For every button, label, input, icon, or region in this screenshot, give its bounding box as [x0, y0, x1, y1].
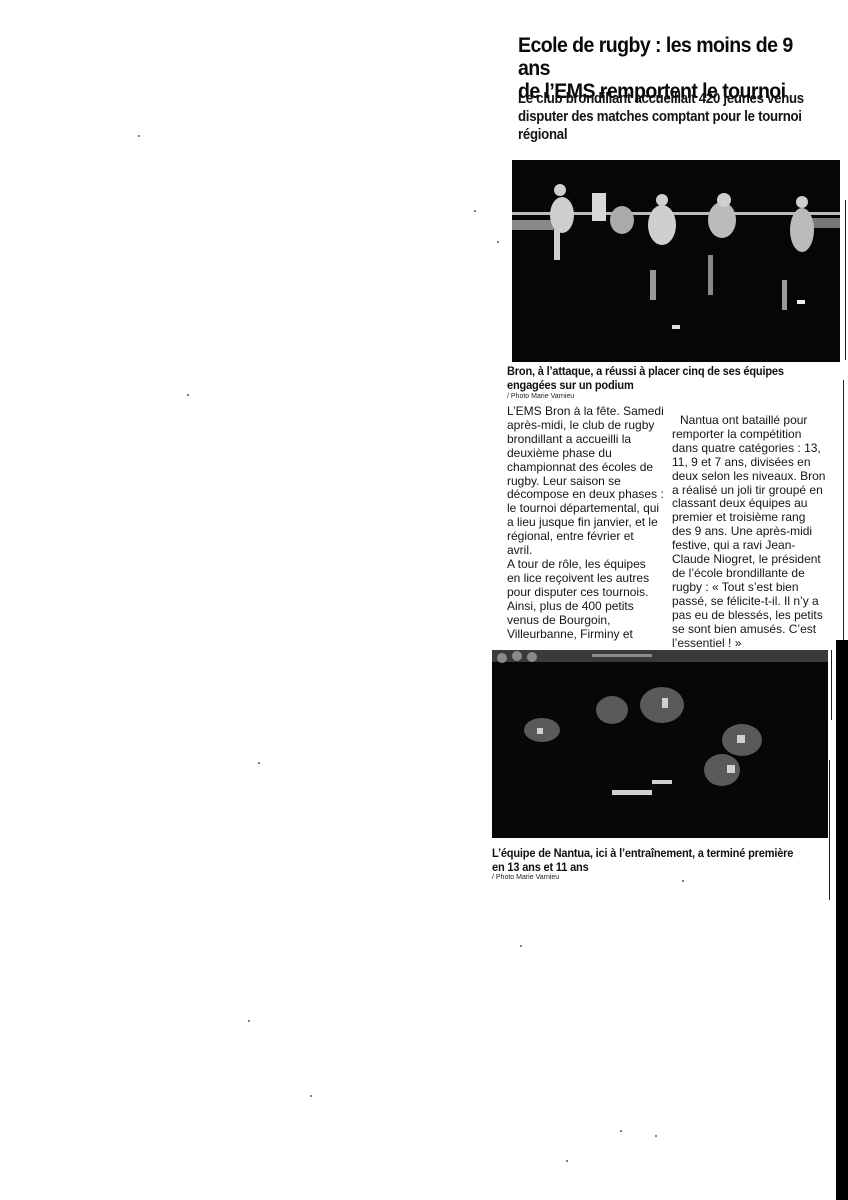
photo-nantua-training — [492, 650, 828, 838]
photo-2-caption-line-2: en 13 ans et 11 ans — [492, 860, 823, 874]
scan-edge-line — [829, 760, 830, 900]
body-line: dans quatre catégories : 13, — [672, 442, 838, 456]
scan-speck — [187, 394, 189, 396]
scan-edge-line — [843, 380, 844, 640]
photo-2-caption: L’équipe de Nantua, ici à l’entraînement… — [492, 846, 823, 874]
body-line: Villeurbanne, Firminy et — [507, 628, 669, 642]
body-line: passé, se félicite-t-il. Il n’y a — [672, 595, 838, 609]
body-line: festive, qui a ravi Jean- — [672, 539, 838, 553]
photo-bron-attack — [512, 160, 840, 362]
scan-edge-bar — [836, 640, 848, 1200]
subhead-line-3: régional — [518, 126, 808, 144]
body-line: Claude Niogret, le président — [672, 553, 838, 567]
body-line: en lice reçoivent les autres — [507, 572, 669, 586]
body-line: le tournoi départemental, qui — [507, 502, 669, 516]
body-line: décompose en deux phases : — [507, 488, 669, 502]
photo-1-caption-line-2: engagées sur un podium — [507, 378, 824, 392]
body-line: a réalisé un joli tir groupé en — [672, 484, 838, 498]
body-line: 11, 9 et 7 ans, divisées en — [672, 456, 838, 470]
photo-1-caption: Bron, à l’attaque, a réussi à placer cin… — [507, 364, 824, 392]
scan-speck — [258, 762, 260, 764]
body-line: avril. — [507, 544, 669, 558]
scanned-newspaper-page: Ecole de rugby : les moins de 9 ans de l… — [0, 0, 848, 1200]
body-line: L’EMS Bron à la fête. Samedi — [507, 405, 669, 419]
body-line: rugby. Leur saison se — [507, 475, 669, 489]
body-line: des 9 ans. Une après-midi — [672, 525, 838, 539]
body-line: pour disputer ces tournois. — [507, 586, 669, 600]
photo-2-caption-line-1: L’équipe de Nantua, ici à l’entraînement… — [492, 846, 823, 860]
scan-edge-line — [845, 200, 846, 360]
photo-2-credit: / Photo Marie Varnieu — [492, 873, 559, 882]
body-line: pas eu de blessés, les petits — [672, 609, 838, 623]
body-line: l’essentiel ! » — [672, 637, 838, 651]
article-body-column-1: L’EMS Bron à la fête. Samedi après-midi,… — [507, 405, 669, 641]
scan-edge-line — [831, 650, 832, 720]
subhead-line-2: disputer des matches comptant pour le to… — [518, 108, 808, 126]
body-line: deux selon les niveaux. Bron — [672, 470, 838, 484]
body-line: régional, entre février et — [507, 530, 669, 544]
body-line: premier et troisième rang — [672, 511, 838, 525]
body-line: Nantua ont bataillé pour — [672, 414, 838, 428]
body-line: rugby : « Tout s’est bien — [672, 581, 838, 595]
body-line: classant deux équipes au — [672, 497, 838, 511]
body-line: remporter la compétition — [672, 428, 838, 442]
body-line: brondillant a accueilli la — [507, 433, 669, 447]
body-line: Ainsi, plus de 400 petits — [507, 600, 669, 614]
scan-speck — [682, 880, 684, 882]
body-line: se sont bien amusés. C’est — [672, 623, 838, 637]
body-line: deuxième phase du — [507, 447, 669, 461]
scan-speck — [138, 135, 140, 137]
rugby-players-image — [512, 160, 840, 362]
body-line: après-midi, le club de rugby — [507, 419, 669, 433]
body-line: venus de Bourgoin, — [507, 614, 669, 628]
scan-speck — [566, 1160, 568, 1162]
photo-1-credit: / Photo Marie Varnieu — [507, 392, 574, 401]
article-body-column-2: Nantua ont bataillé pour remporter la co… — [672, 414, 838, 650]
scan-speck — [520, 945, 522, 947]
headline-line-1: Ecole de rugby : les moins de 9 ans — [518, 34, 816, 80]
subhead-line-1: Le club brondillant accueillait 420 jeun… — [518, 90, 808, 108]
scan-speck — [248, 1020, 250, 1022]
scan-speck — [620, 1130, 622, 1132]
article-subhead: Le club brondillant accueillait 420 jeun… — [518, 90, 808, 144]
scan-speck — [474, 210, 476, 212]
scan-speck — [655, 1135, 657, 1137]
scan-speck — [310, 1095, 312, 1097]
body-line: a lieu jusque fin janvier, et le — [507, 516, 669, 530]
scan-speck — [497, 241, 499, 243]
body-line: championnat des écoles de — [507, 461, 669, 475]
body-line: A tour de rôle, les équipes — [507, 558, 669, 572]
photo-1-caption-line-1: Bron, à l’attaque, a réussi à placer cin… — [507, 364, 824, 378]
rugby-scrum-image — [492, 650, 828, 838]
body-line: de l’école brondillante de — [672, 567, 838, 581]
